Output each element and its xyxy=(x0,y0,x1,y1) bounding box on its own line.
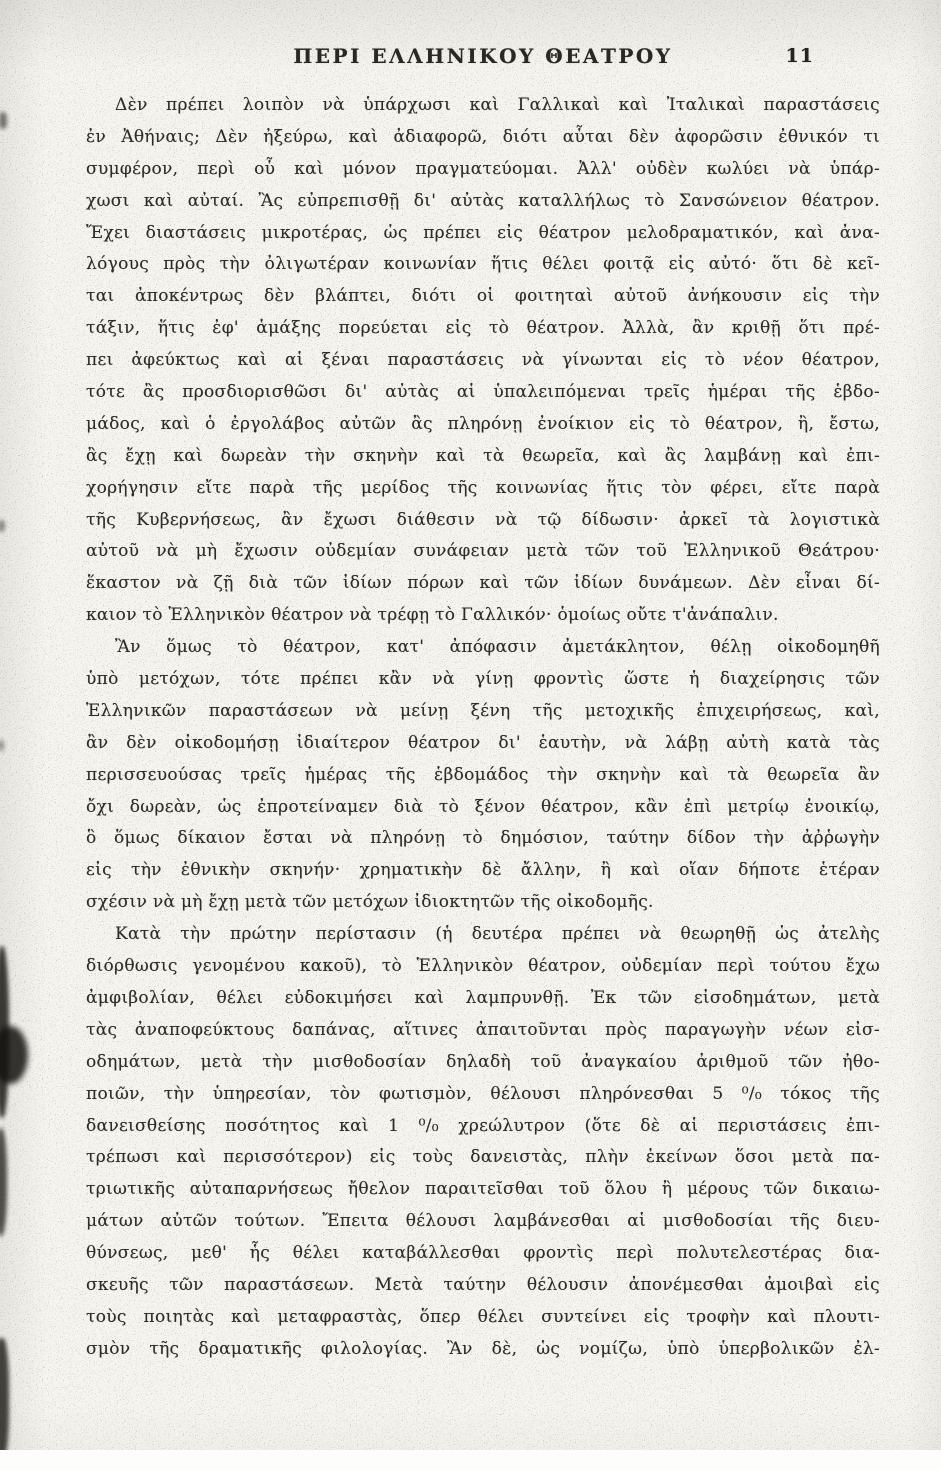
scanned-book-page: ΠΕΡΙ ΕΛΛΗΝΙΚΟΥ ΘΕΑΤΡΟΥ 11 Δὲν πρέπει λοι… xyxy=(0,0,941,1470)
text-line: ἐν Ἀθήναις; Δὲν ἠξεύρω, καὶ ἀδιαφορῶ, δι… xyxy=(86,122,880,154)
text-line: συμφέρον, περὶ οὗ καὶ μόνον πραγματεύομα… xyxy=(86,154,880,186)
text-line: τὰς ἀναποφεύκτους δαπάνας, αἵτινες ἀπαιτ… xyxy=(86,1015,880,1047)
page-header: ΠΕΡΙ ΕΛΛΗΝΙΚΟΥ ΘΕΑΤΡΟΥ 11 xyxy=(86,44,880,74)
text-line: αὐτοῦ νὰ μὴ ἔχωσιν οὐδεμίαν συνάφειαν με… xyxy=(86,536,880,568)
scan-smudge xyxy=(0,740,4,751)
text-line: τριωτικῆς αὐταπαρνήσεως ἤθελον παραιτεῖσ… xyxy=(86,1174,880,1206)
scan-smudge xyxy=(0,112,7,129)
text-line: μάδος, καὶ ὁ ἐργολάβος αὐτῶν ἂς πληρόνῃ … xyxy=(86,409,880,441)
text-line: ὃ ὅμως δίκαιον ἔσται νὰ πληρόνῃ τὸ δημόσ… xyxy=(86,823,880,855)
scan-smudge xyxy=(0,946,9,1118)
page-number: 11 xyxy=(786,45,814,67)
text-line: Κατὰ τὴν πρώτην περίστασιν (ἡ δευτέρα πρ… xyxy=(86,919,880,951)
text-line: σμὸν τῆς δραματικῆς φιλολογίας. Ἂν δὲ, ὡ… xyxy=(86,1334,880,1366)
text-line: ἕκαστον νὰ ζῇ διὰ τῶν ἰδίων πόρων καὶ τῶ… xyxy=(86,568,880,600)
text-line: θύνσεως, μεθ' ἧς θέλει καταβάλλεσθαι φρο… xyxy=(86,1238,880,1270)
text-line: δανεισθείσης ποσότητος καὶ 1 ⁰/₀ χρεώλυτ… xyxy=(86,1111,880,1143)
text-line: πει ἀφεύκτως καὶ αἱ ξέναι παραστάσεις νὰ… xyxy=(86,345,880,377)
text-line: ποιῶν, τὴν ὑπηρεσίαν, τὸν φωτισμὸν, θέλο… xyxy=(86,1079,880,1111)
text-line: Δὲν πρέπει λοιπὸν νὰ ὑπάρχωσι καὶ Γαλλικ… xyxy=(86,90,880,122)
text-line: χωσι καὶ αὐταί. Ἂς εὐπρεπισθῇ δι' αὐτὰς … xyxy=(86,186,880,218)
text-line: σκευῆς τῶν παραστάσεων. Μετὰ ταύτην θέλο… xyxy=(86,1270,880,1302)
text-line: σχέσιν νὰ μὴ ἔχῃ μετὰ τῶν μετόχων ἰδιοκτ… xyxy=(86,887,880,919)
text-line: ται ἀποκέντρως δὲν βλάπτει, διότι οἱ φοι… xyxy=(86,281,880,313)
text-line: χορήγησιν εἴτε παρὰ τῆς μερίδος τῆς κοιν… xyxy=(86,473,880,505)
scan-smudge xyxy=(0,1128,7,1236)
text-line: καιον τὸ Ἑλληνικὸν θέατρον νὰ τρέφῃ τὸ Γ… xyxy=(86,600,880,632)
text-line: τρέπωσι καὶ περισσότερον) εἰς τοὺς δανει… xyxy=(86,1142,880,1174)
body-text: Δὲν πρέπει λοιπὸν νὰ ὑπάρχωσι καὶ Γαλλικ… xyxy=(86,90,880,1366)
text-line: ἀμφιβολίαν, θέλει εὐδοκιμήσει καὶ λαμπρυ… xyxy=(86,983,880,1015)
scan-smudge xyxy=(0,1338,9,1460)
text-line: τάξιν, ἥτις ἐφ' ἁμάξης πορεύεται εἰς τὸ … xyxy=(86,313,880,345)
text-line: ὄχι δωρεὰν, ὡς ἐπροτείναμεν διὰ τὸ ξένον… xyxy=(86,792,880,824)
text-line: οδημάτων, μετὰ τὴν μισθοδοσίαν δηλαδὴ το… xyxy=(86,1047,880,1079)
text-line: διόρθωσις γενομένου κακοῦ), τὸ Ἑλληνικὸν… xyxy=(86,951,880,983)
text-line: Ἔχει διαστάσεις μικροτέρας, ὡς πρέπει εἰ… xyxy=(86,218,880,250)
text-line: τοὺς ποιητὰς καὶ μεταφραστὰς, ὅπερ θέλει… xyxy=(86,1302,880,1334)
text-line: ἂν δὲν οἰκοδομήσῃ ἰδιαίτερον θέατρον δι'… xyxy=(86,728,880,760)
scan-smudge xyxy=(0,1026,28,1084)
text-line: Ἂν ὅμως τὸ θέατρον, κατ' ἀπόφασιν ἀμετάκ… xyxy=(86,632,880,664)
page-title: ΠΕΡΙ ΕΛΛΗΝΙΚΟΥ ΘΕΑΤΡΟΥ xyxy=(293,44,672,68)
text-line: τότε ἂς προσδιορισθῶσι δι' αὐτὰς αἱ ὑπαλ… xyxy=(86,377,880,409)
text-line: ὑπὸ μετόχων, τότε πρέπει κἂν νὰ γίνῃ φρο… xyxy=(86,664,880,696)
text-line: ἂς ἔχῃ καὶ δωρεὰν τὴν σκηνὴν καὶ τὰ θεωρ… xyxy=(86,441,880,473)
text-line: τῆς Κυβερνήσεως, ἂν ἔχωσι διάθεσιν νὰ τῷ… xyxy=(86,505,880,537)
text-line: περισσευούσας τρεῖς ἡμέρας τῆς ἑβδομάδος… xyxy=(86,760,880,792)
text-line: λόγους πρὸς τὴν ὀλιγωτέραν κοινωνίαν ἥτι… xyxy=(86,249,880,281)
text-line: Ἑλληνικῶν παραστάσεων νὰ μείνῃ ξένη τῆς … xyxy=(86,696,880,728)
scan-smudge xyxy=(0,520,5,532)
text-line: εἰς τὴν ἐθνικὴν σκηνήν· χρηματικὴν δὲ ἄλ… xyxy=(86,855,880,887)
scan-bottom-edge xyxy=(0,1450,941,1470)
text-line: μάτων αὐτῶν τούτων. Ἔπειτα θέλουσι λαμβά… xyxy=(86,1206,880,1238)
